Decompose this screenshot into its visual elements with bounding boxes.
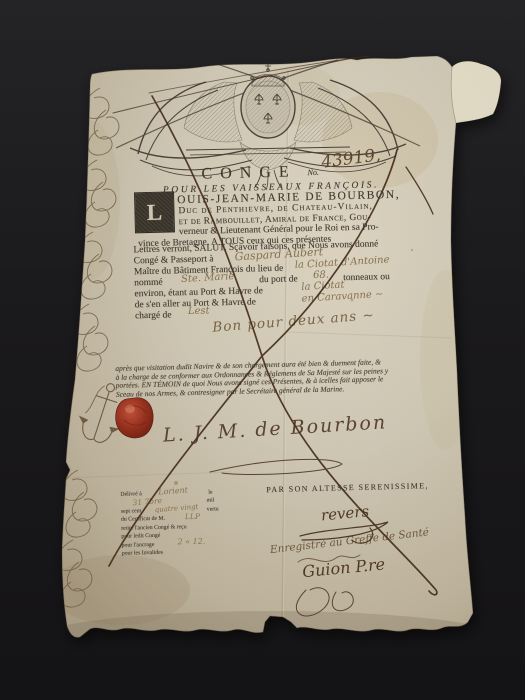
body-line-9a: nommé (134, 279, 163, 289)
issue-line-7: pour l'ancrage (122, 542, 155, 549)
issue-line-3a: sept cent (121, 509, 142, 515)
initial-letter: L (147, 199, 163, 225)
document-text: CONGE No. 43919, POUR LES VAISSEAUX FRAN… (0, 0, 525, 700)
document-photo: CONGE No. 43919, POUR LES VAISSEAUX FRAN… (0, 0, 525, 700)
title: CONGE (201, 164, 296, 182)
countersign-hw: revers (320, 504, 369, 523)
issue-line-3b: vertu (207, 507, 219, 513)
registrar-signature: Guion P.re (302, 556, 386, 580)
authority-line: PAR SON ALTESSE SERENISSIME, (266, 482, 429, 494)
cargo-hw: Lest (188, 307, 210, 318)
certificate-hw: LLP (185, 513, 200, 521)
admiral-signature: L. J. M. de Bourbon (162, 413, 387, 445)
number-label: No. (307, 169, 319, 177)
issue-line-6: pour ledit Congé (121, 534, 160, 541)
issue-line-8: pour les Invalides (122, 551, 163, 558)
congé-number: 43919, (320, 147, 381, 172)
destination-hw: en Caravanne ~ (301, 290, 383, 305)
body-line-9b: du port de (259, 275, 298, 285)
tonnage-hw: 68. (313, 271, 329, 281)
initial-L-block: L (134, 191, 175, 233)
ship-name-hw: Ste. Marie (181, 272, 235, 285)
issue-place-hw: Lorient (158, 486, 188, 496)
registration-hw: Enregistré au Greffe de Santé (269, 527, 429, 555)
issue-line-4: du Certificat de M. (121, 517, 165, 524)
validity-note-hw: Bon pour deux ans ~ (212, 309, 375, 335)
issue-line-5: retiré l'ancien Congé & reçu (121, 525, 187, 532)
issue-line-1b: le (208, 491, 212, 497)
body-line-9c: tonneaux ou (343, 273, 390, 284)
fee-amount-hw: 2 « 12. (177, 538, 205, 547)
issue-line-2: mil (206, 498, 214, 504)
body-line-12: chargé de (135, 311, 172, 321)
